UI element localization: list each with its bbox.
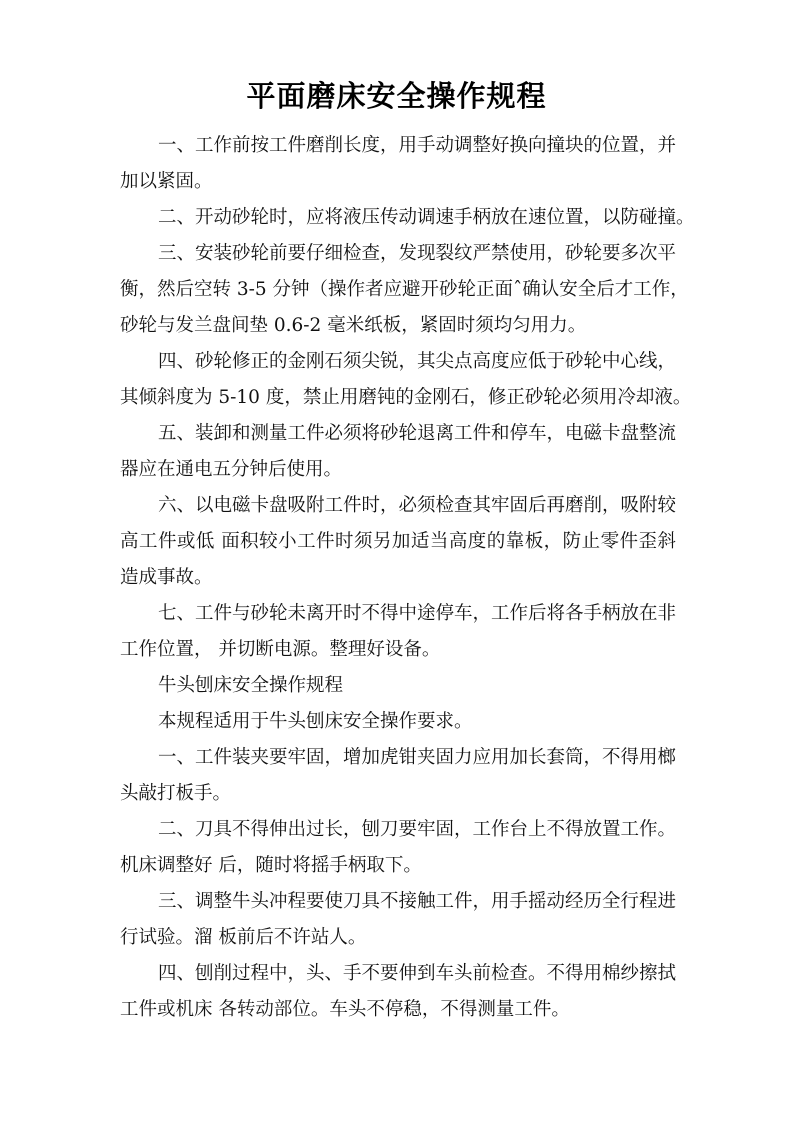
- paragraph-line-end: 牛头刨床安全操作规程: [120, 668, 676, 704]
- paragraph-line-end: 工件或机床 各转动部位。车头不停稳，不得测量工件。: [120, 992, 676, 1028]
- paragraph-line: 四、刨削过程中，头、手不要伸到车头前检查。不得用棉纱擦拭: [120, 956, 676, 992]
- document-body: 一、工作前按工件磨削长度，用手动调整好换向撞块的位置，并加以紧固。二、开动砂轮时…: [120, 128, 676, 1028]
- paragraph-line: 二、开动砂轮时，应将液压传动调速手柄放在速位置，以防碰撞。: [120, 200, 676, 236]
- paragraph-line-end: 加以紧固。: [120, 164, 676, 200]
- document-title: 平面磨床安全操作规程: [0, 76, 793, 116]
- paragraph-line: 六、以电磁卡盘吸附工件时，必须检查其牢固后再磨削，吸附较: [120, 488, 676, 524]
- paragraph-line-end: 工作位置， 并切断电源。整理好设备。: [120, 632, 676, 668]
- paragraph-line-end: 器应在通电五分钟后使用。: [120, 452, 676, 488]
- paragraph-line-end: 造成事故。: [120, 560, 676, 596]
- paragraph-line: 一、工作前按工件磨削长度，用手动调整好换向撞块的位置，并: [120, 128, 676, 164]
- paragraph-line: 其倾斜度为 5-10 度，禁止用磨钝的金刚石，修正砂轮必须用冷却液。: [120, 380, 676, 416]
- paragraph-line-end: 砂轮与发兰盘间垫 0.6-2 毫米纸板，紧固时须均匀用力。: [120, 308, 676, 344]
- paragraph-line: 高工件或低 面积较小工件时须另加适当高度的靠板，防止零件歪斜: [120, 524, 676, 560]
- paragraph-line: 一、工件装夹要牢固，增加虎钳夹固力应用加长套筒，不得用榔: [120, 740, 676, 776]
- paragraph-line-end: 本规程适用于牛头刨床安全操作要求。: [120, 704, 676, 740]
- paragraph-line: 三、调整牛头冲程要使刀具不接触工件，用手摇动经历全行程进: [120, 884, 676, 920]
- paragraph-line: 衡，然后空转 3-5 分钟（操作者应避开砂轮正面ˆ确认安全后才工作，: [120, 272, 676, 308]
- paragraph-line: 七、工件与砂轮未离开时不得中途停车，工作后将各手柄放在非: [120, 596, 676, 632]
- paragraph-line: 三、安装砂轮前要仔细检查，发现裂纹严禁使用，砂轮要多次平: [120, 236, 676, 272]
- paragraph-line-end: 机床调整好 后，随时将摇手柄取下。: [120, 848, 676, 884]
- paragraph-line: 四、砂轮修正的金刚石须尖锐，其尖点高度应低于砂轮中心线，: [120, 344, 676, 380]
- paragraph-line: 五、装卸和测量工件必须将砂轮退离工件和停车，电磁卡盘整流: [120, 416, 676, 452]
- paragraph-line-end: 头敲打板手。: [120, 776, 676, 812]
- document-page: 平面磨床安全操作规程 一、工作前按工件磨削长度，用手动调整好换向撞块的位置，并加…: [0, 0, 793, 1122]
- paragraph-line: 二、刀具不得伸出过长，刨刀要牢固，工作台上不得放置工作。: [120, 812, 676, 848]
- paragraph-line-end: 行试验。溜 板前后不许站人。: [120, 920, 676, 956]
